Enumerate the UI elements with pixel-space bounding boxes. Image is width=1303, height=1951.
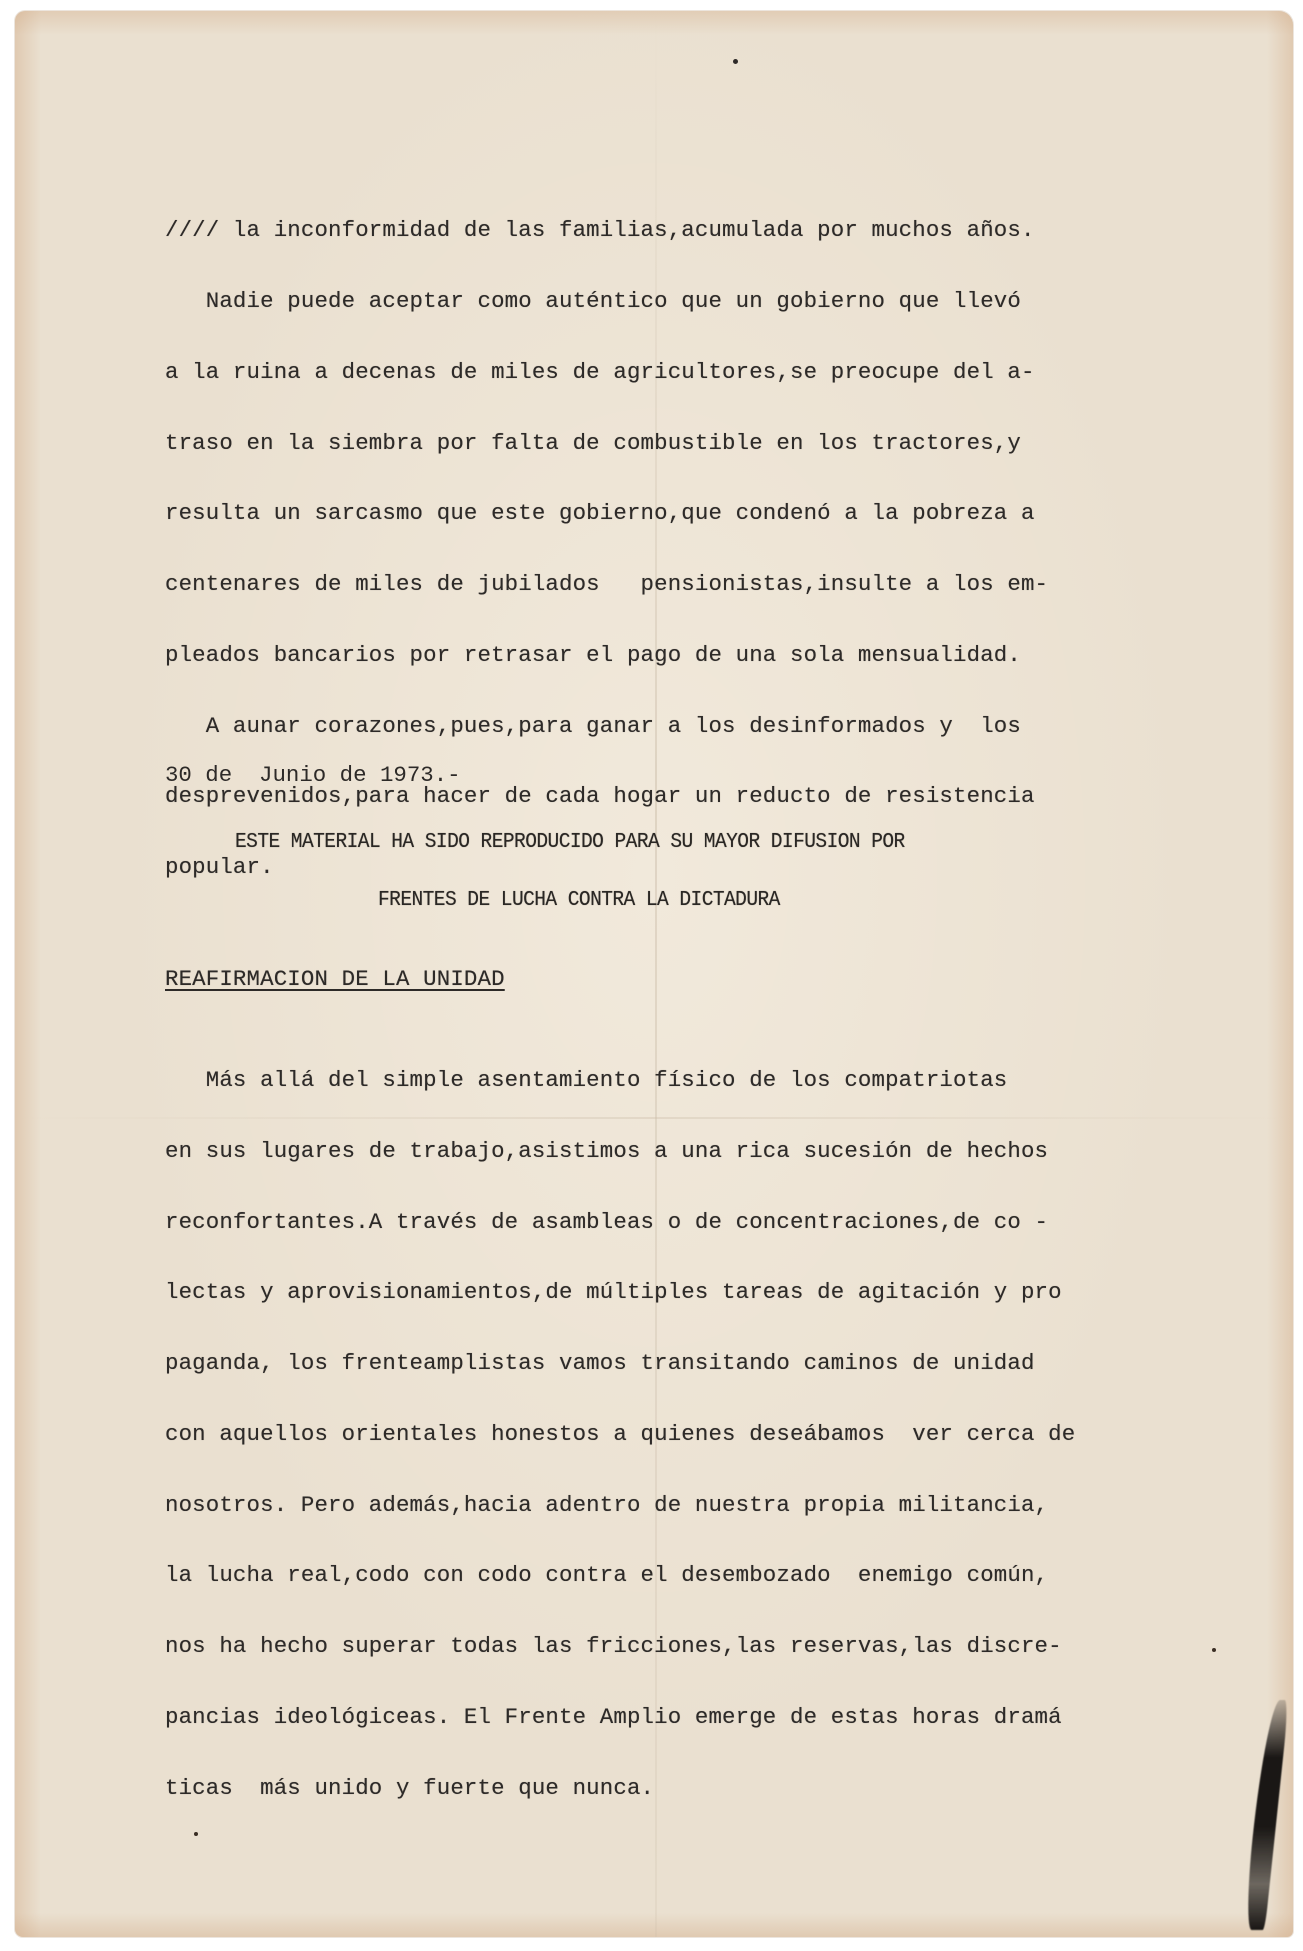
publisher-name: FRENTES DE LUCHA CONTRA LA DICTADURA [378,889,780,912]
paragraph-line: popular. [165,856,1125,880]
reproduction-notice: ESTE MATERIAL HA SIDO REPRODUCIDO PARA S… [235,831,905,854]
paragraph-line: Más allá del simple asentamiento físico … [165,1069,1125,1093]
paragraph-line: pancias ideológiceas. El Frente Amplio e… [165,1706,1125,1730]
paragraph-line: nosotros. Pero además,hacia adentro de n… [165,1494,1125,1518]
paragraph-line: reconfortantes.A través de asambleas o d… [165,1211,1125,1235]
paragraph-line: en sus lugares de trabajo,asistimos a un… [165,1140,1125,1164]
paragraph-line: centenares de miles de jubilados pension… [165,573,1125,597]
paragraph-line: con aquellos orientales honestos a quien… [165,1423,1125,1447]
paragraph-line: ticas más unido y fuerte que nunca. [165,1777,1125,1801]
section-heading: REAFIRMACION DE LA UNIDAD [165,968,1125,992]
paragraph-line: a la ruina a decenas de miles de agricul… [165,361,1125,385]
paragraph-line: A aunar corazones,pues,para ganar a los … [165,715,1125,739]
document-date: 30 de Junio de 1973.- [165,762,461,788]
paragraph-line: lectas y aprovisionamientos,de múltiples… [165,1281,1125,1305]
paragraph-line: resulta un sarcasmo que este gobierno,qu… [165,502,1125,526]
ink-speck [194,1832,198,1836]
ink-speck [733,59,738,64]
paragraph-line: traso en la siembra por falta de combust… [165,432,1125,456]
body-text: //// la inconformidad de las familias,ac… [165,172,1125,1824]
paragraph-line: Nadie puede aceptar como auténtico que u… [165,290,1125,314]
paragraph-line: la lucha real,codo con codo contra el de… [165,1564,1125,1588]
paragraph-line: nos ha hecho superar todas las friccione… [165,1635,1125,1659]
paragraph-line: desprevenidos,para hacer de cada hogar u… [165,785,1125,809]
paragraph-line: //// la inconformidad de las familias,ac… [165,219,1125,243]
paragraph-line: pleados bancarios por retrasar el pago d… [165,644,1125,668]
paragraph-line: paganda, los frenteamplistas vamos trans… [165,1352,1125,1376]
ink-speck [1212,1648,1216,1652]
